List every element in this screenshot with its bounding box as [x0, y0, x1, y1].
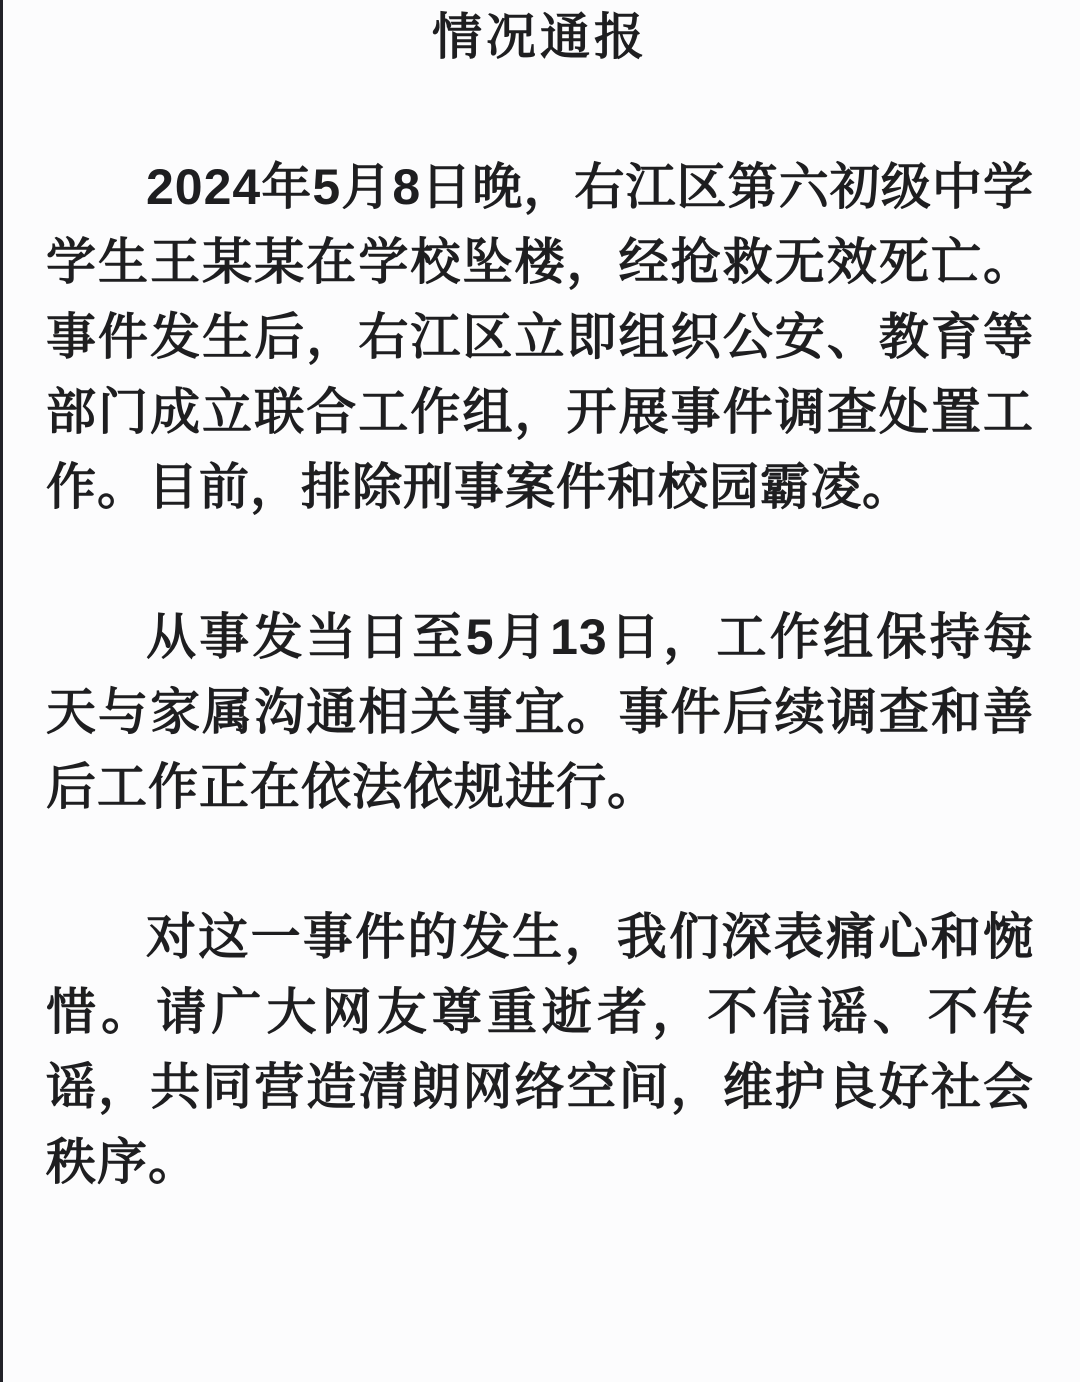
notice-paragraph-incident: 2024年5月8日晚，右江区第六初级中学学生王某某在学校坠楼，经抢救无效死亡。事…: [46, 150, 1034, 525]
notice-paragraph-followup: 从事发当日至5月13日，工作组保持每天与家属沟通相关事宜。事件后续调查和善后工作…: [46, 600, 1034, 825]
notice-paragraph-appeal: 对这一事件的发生，我们深表痛心和惋惜。请广大网友尊重逝者，不信谣、不传谣，共同营…: [46, 900, 1034, 1200]
notice-title: 情况通报: [46, 0, 1034, 75]
notice-page: 情况通报 2024年5月8日晚，右江区第六初级中学学生王某某在学校坠楼，经抢救无…: [0, 0, 1080, 1200]
